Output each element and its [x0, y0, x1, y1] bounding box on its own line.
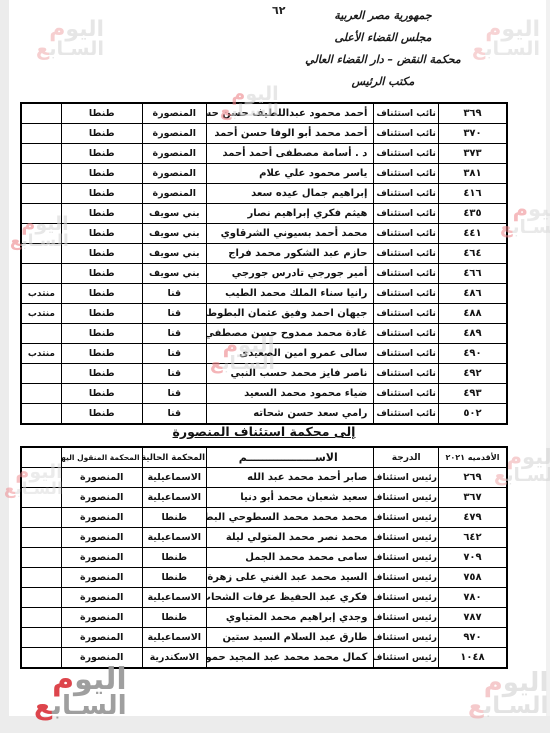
header-seniority: الأقدميه ٢٠٢١	[438, 447, 507, 468]
cell-current: طنطا	[142, 568, 207, 588]
cell-name: حازم عبد الشكور محمد فراج	[207, 244, 374, 264]
cell-no: ٣٧٠	[438, 124, 507, 144]
header-name: الاســــــــــــــــــم	[207, 447, 374, 468]
cell-note	[21, 224, 61, 244]
cell-note	[21, 384, 61, 404]
cell-no: ٣٧٣	[438, 144, 507, 164]
cell-no: ٤٦٤	[438, 244, 507, 264]
header-note	[21, 447, 61, 468]
cell-to: طنطا	[61, 404, 142, 425]
cell-current: المنصورة	[142, 103, 207, 124]
cell-note	[21, 568, 61, 588]
cell-name: ضياء محمود محمد السعيد	[207, 384, 374, 404]
cell-current: الاسماعيلية	[142, 588, 207, 608]
cell-degree: نائب استئناف	[374, 404, 439, 425]
transfer-table-presidents: الأقدميه ٢٠٢١ الدرجة الاســـــــــــــــ…	[20, 446, 508, 669]
letterhead: جمهورية مصر العربية مجلس القضاء الأعلى م…	[287, 5, 479, 93]
cell-current: قنا	[142, 324, 207, 344]
cell-name: جيهان احمد وفيق عثمان البطوطى	[207, 304, 374, 324]
table-row: ٤٨٨نائب استئنافجيهان احمد وفيق عثمان الب…	[21, 304, 507, 324]
cell-current: قنا	[142, 404, 207, 425]
table-row: ٤٨٦نائب استئنافرانيا سناء الملك محمد الط…	[21, 284, 507, 304]
cell-no: ٤٨٦	[438, 284, 507, 304]
cell-note	[21, 588, 61, 608]
cell-current: الاسماعيلية	[142, 468, 207, 488]
cell-current: بني سويف	[142, 244, 207, 264]
cell-to: المنصورة	[61, 648, 142, 669]
cell-to: طنطا	[61, 224, 142, 244]
cell-degree: رئيس استئناف	[374, 468, 439, 488]
scanned-judicial-document: { "page": { "number": "٦٢", "header": { …	[0, 0, 550, 733]
cell-no: ٤٩٠	[438, 344, 507, 364]
cell-to: المنصورة	[61, 588, 142, 608]
cell-current: الاسماعيلية	[142, 528, 207, 548]
table-row: ٣٦٧رئيس استئنافسعيد شعبان محمد أبو دنياا…	[21, 488, 507, 508]
cell-current: قنا	[142, 284, 207, 304]
cell-name: السيد محمد عبد الغني على زهرة	[207, 568, 374, 588]
cell-note: منتدب	[21, 284, 61, 304]
cell-degree: نائب استئناف	[374, 184, 439, 204]
cell-to: طنطا	[61, 103, 142, 124]
cell-degree: نائب استئناف	[374, 344, 439, 364]
cell-current: المنصورة	[142, 124, 207, 144]
cell-no: ٣٦٩	[438, 103, 507, 124]
cell-to: المنصورة	[61, 488, 142, 508]
cell-current: الاسماعيلية	[142, 488, 207, 508]
table-row: ٤١٦نائب استئنافإبراهيم جمال عيده سعدالمن…	[21, 184, 507, 204]
cell-note	[21, 468, 61, 488]
youm7-watermark: اليومالسـابع	[34, 666, 127, 718]
cell-to: طنطا	[61, 204, 142, 224]
cell-note	[21, 324, 61, 344]
cell-degree: نائب استئناف	[374, 204, 439, 224]
cell-to: المنصورة	[61, 628, 142, 648]
table-row: ٤٧٩رئيس استئنافمحمد محمد محمد السطوحي ال…	[21, 508, 507, 528]
cell-name: محمد محمد محمد السطوحي البطل	[207, 508, 374, 528]
cell-no: ٤٨٨	[438, 304, 507, 324]
page-number: ٦٢	[272, 4, 285, 17]
section-title-mansoura: إلى محكمة استئناف المنصورة	[20, 424, 508, 445]
cell-to: طنطا	[61, 124, 142, 144]
cell-to: طنطا	[61, 184, 142, 204]
cell-note	[21, 488, 61, 508]
table-row: ٥٠٢نائب استئنافرامي سعد حسن شحاتهقناطنطا	[21, 404, 507, 425]
cell-to: المنصورة	[61, 508, 142, 528]
cell-to: طنطا	[61, 344, 142, 364]
cell-degree: رئيس استئناف	[374, 528, 439, 548]
cell-current: طنطا	[142, 508, 207, 528]
cell-name: محمد أحمد بسيوني الشرقاوي	[207, 224, 374, 244]
table-row: ٤٦٦نائب استئنافأمير جورجي تادرس جورجيبني…	[21, 264, 507, 284]
cell-to: المنصورة	[61, 528, 142, 548]
cell-to: طنطا	[61, 324, 142, 344]
cell-current: المنصورة	[142, 144, 207, 164]
cell-to: طنطا	[61, 164, 142, 184]
table-row: ٧٨٧رئيس استئنافوجدي إبراهيم محمد المتياو…	[21, 608, 507, 628]
cell-note	[21, 648, 61, 669]
cell-note	[21, 404, 61, 425]
cell-note	[21, 528, 61, 548]
cell-no: ٤٤١	[438, 224, 507, 244]
cell-note	[21, 204, 61, 224]
scan-edge-right	[546, 0, 550, 733]
youm7-watermark: اليومالسـابع	[468, 672, 548, 717]
cell-name: د . أسامة مصطفى أحمد أحمد	[207, 144, 374, 164]
youm7-watermark: اليومالسـابع	[472, 20, 540, 58]
cell-no: ٢٦٩	[438, 468, 507, 488]
table-row: ٣٨١نائب استئنافياسر محمود علي علامالمنصو…	[21, 164, 507, 184]
cell-name: غادة محمد ممدوح حسن مصطفي جلال	[207, 324, 374, 344]
cell-no: ٤٩٣	[438, 384, 507, 404]
cell-note	[21, 144, 61, 164]
cell-name: إبراهيم جمال عيده سعد	[207, 184, 374, 204]
cell-current: بني سويف	[142, 264, 207, 284]
cell-no: ٤١٦	[438, 184, 507, 204]
cell-degree: رئيس استئناف	[374, 628, 439, 648]
cell-name: وجدي إبراهيم محمد المتياوي	[207, 608, 374, 628]
cell-note	[21, 184, 61, 204]
table-row: ٧٥٨رئيس استئنافالسيد محمد عبد الغني على …	[21, 568, 507, 588]
transfer-table-deputies: ٣٦٩نائب استئنافأحمد محمود عبداللطيف حسن …	[20, 102, 508, 425]
cell-degree: نائب استئناف	[374, 304, 439, 324]
cell-note	[21, 548, 61, 568]
cell-to: المنصورة	[61, 608, 142, 628]
cell-degree: نائب استئناف	[374, 284, 439, 304]
cell-degree: نائب استئناف	[374, 244, 439, 264]
cell-degree: نائب استئناف	[374, 124, 439, 144]
table-row: ٩٧٠رئيس استئنافطارق عبد السلام السيد ستي…	[21, 628, 507, 648]
cell-degree: رئيس استئناف	[374, 568, 439, 588]
cell-no: ٧٥٨	[438, 568, 507, 588]
cell-note	[21, 364, 61, 384]
header-target-court: المحكمة المنقول اليها	[61, 447, 142, 468]
table-row: ٣٧٣نائب استئنافد . أسامة مصطفى أحمد أحمد…	[21, 144, 507, 164]
cell-current: بني سويف	[142, 204, 207, 224]
cell-degree: رئيس استئناف	[374, 648, 439, 669]
cell-name: ياسر محمود علي علام	[207, 164, 374, 184]
cell-current: بني سويف	[142, 224, 207, 244]
cell-no: ١٠٤٨	[438, 648, 507, 669]
cell-degree: رئيس استئناف	[374, 548, 439, 568]
cell-no: ٤٣٥	[438, 204, 507, 224]
cell-note	[21, 164, 61, 184]
cell-no: ٩٧٠	[438, 628, 507, 648]
cell-note	[21, 103, 61, 124]
cell-to: طنطا	[61, 244, 142, 264]
table-header-row: الأقدميه ٢٠٢١ الدرجة الاســـــــــــــــ…	[21, 447, 507, 468]
table-row: ٢٦٩رئيس استئنافصابر أحمد محمد عبد اللهال…	[21, 468, 507, 488]
cell-current: قنا	[142, 364, 207, 384]
scan-edge-left	[0, 0, 9, 733]
cell-no: ٤٧٩	[438, 508, 507, 528]
youm7-watermark: اليومالسـابع	[36, 20, 104, 58]
table-row: ٤٩٢نائب استئنافناصر فايز محمد حسب النبيق…	[21, 364, 507, 384]
cell-note	[21, 508, 61, 528]
cell-degree: نائب استئناف	[374, 364, 439, 384]
cell-note	[21, 244, 61, 264]
cell-name: رانيا سناء الملك محمد الطيب	[207, 284, 374, 304]
cell-current: قنا	[142, 344, 207, 364]
letterhead-council: مجلس القضاء الأعلى	[287, 27, 479, 49]
cell-to: المنصورة	[61, 548, 142, 568]
cell-degree: نائب استئناف	[374, 144, 439, 164]
cell-no: ٣٨١	[438, 164, 507, 184]
cell-current: قنا	[142, 304, 207, 324]
cell-name: أحمد محمود عبداللطيف حسن حسن دهشان	[207, 103, 374, 124]
cell-degree: نائب استئناف	[374, 324, 439, 344]
cell-no: ٧٠٩	[438, 548, 507, 568]
cell-degree: رئيس استئناف	[374, 608, 439, 628]
table-row: ٤٨٩نائب استئنافغادة محمد ممدوح حسن مصطفي…	[21, 324, 507, 344]
cell-to: طنطا	[61, 284, 142, 304]
cell-current: قنا	[142, 384, 207, 404]
cell-no: ٣٦٧	[438, 488, 507, 508]
cell-name: سعيد شعبان محمد أبو دنيا	[207, 488, 374, 508]
cell-to: طنطا	[61, 144, 142, 164]
cell-name: صابر أحمد محمد عبد الله	[207, 468, 374, 488]
cell-current: المنصورة	[142, 184, 207, 204]
cell-to: طنطا	[61, 364, 142, 384]
scan-edge-bottom	[0, 716, 550, 733]
table-row: ٧٠٩رئيس استئنافسامى محمد محمد الجملطنطاا…	[21, 548, 507, 568]
cell-name: أمير جورجي تادرس جورجي	[207, 264, 374, 284]
cell-name: محمد نصر محمد المتولي ليلة	[207, 528, 374, 548]
cell-note: منتدب	[21, 344, 61, 364]
table-row: ٧٨٠رئيس استئناففكري عبد الحفيظ عرفات الش…	[21, 588, 507, 608]
cell-degree: نائب استئناف	[374, 103, 439, 124]
cell-no: ٤٩٢	[438, 364, 507, 384]
table-row: ٦٤٢رئيس استئنافمحمد نصر محمد المتولي ليل…	[21, 528, 507, 548]
table-row: ١٠٤٨رئيس استئنافكمال محمد محمد عبد المجي…	[21, 648, 507, 669]
cell-no: ٧٨٧	[438, 608, 507, 628]
cell-degree: نائب استئناف	[374, 384, 439, 404]
cell-current: طنطا	[142, 608, 207, 628]
cell-to: طنطا	[61, 384, 142, 404]
cell-name: سالى عمرو امين الصعيدى	[207, 344, 374, 364]
cell-name: هيثم فكري إبراهيم نصار	[207, 204, 374, 224]
table-row: ٤٩٠نائب استئنافسالى عمرو امين الصعيدىقنا…	[21, 344, 507, 364]
cell-current: المنصورة	[142, 164, 207, 184]
cell-note	[21, 124, 61, 144]
cell-current: الاسكندرية	[142, 648, 207, 669]
table-row: ٤٦٤نائب استئنافحازم عبد الشكور محمد فراج…	[21, 244, 507, 264]
cell-degree: نائب استئناف	[374, 164, 439, 184]
cell-to: المنصورة	[61, 568, 142, 588]
letterhead-court: محكمة النقض – دار القضاء العالي	[287, 49, 479, 71]
cell-current: الاسماعيلية	[142, 628, 207, 648]
cell-note	[21, 608, 61, 628]
header-current-court: المحكمة الحالية	[142, 447, 207, 468]
cell-to: المنصورة	[61, 468, 142, 488]
cell-degree: رئيس استئناف	[374, 588, 439, 608]
cell-note	[21, 264, 61, 284]
cell-name: طارق عبد السلام السيد ستين	[207, 628, 374, 648]
table-row: ٣٧٠نائب استئنافأحمد محمد أبو الوفا حسن أ…	[21, 124, 507, 144]
cell-note: منتدب	[21, 304, 61, 324]
cell-note	[21, 628, 61, 648]
header-degree: الدرجة	[374, 447, 439, 468]
cell-degree: نائب استئناف	[374, 224, 439, 244]
table-row: ٤٤١نائب استئنافمحمد أحمد بسيوني الشرقاوي…	[21, 224, 507, 244]
cell-no: ٤٨٩	[438, 324, 507, 344]
cell-name: رامي سعد حسن شحاته	[207, 404, 374, 425]
cell-degree: نائب استئناف	[374, 264, 439, 284]
cell-no: ٧٨٠	[438, 588, 507, 608]
cell-to: طنطا	[61, 264, 142, 284]
cell-no: ٥٠٢	[438, 404, 507, 425]
cell-degree: رئيس استئناف	[374, 508, 439, 528]
table-row: ٤٣٥نائب استئنافهيثم فكري إبراهيم نصاربني…	[21, 204, 507, 224]
cell-degree: رئيس استئناف	[374, 488, 439, 508]
table-row: ٤٩٣نائب استئنافضياء محمود محمد السعيدقنا…	[21, 384, 507, 404]
cell-name: كمال محمد محمد عبد المجيد حمودة	[207, 648, 374, 669]
cell-no: ٤٦٦	[438, 264, 507, 284]
cell-to: طنطا	[61, 304, 142, 324]
cell-name: ناصر فايز محمد حسب النبي	[207, 364, 374, 384]
cell-name: سامى محمد محمد الجمل	[207, 548, 374, 568]
letterhead-office: مكتب الرئيس	[287, 71, 479, 93]
cell-name: فكري عبد الحفيظ عرفات الشحات	[207, 588, 374, 608]
cell-name: أحمد محمد أبو الوفا حسن أحمد	[207, 124, 374, 144]
table-row: ٣٦٩نائب استئنافأحمد محمود عبداللطيف حسن …	[21, 103, 507, 124]
letterhead-country: جمهورية مصر العربية	[287, 5, 479, 27]
cell-current: طنطا	[142, 548, 207, 568]
cell-no: ٦٤٢	[438, 528, 507, 548]
